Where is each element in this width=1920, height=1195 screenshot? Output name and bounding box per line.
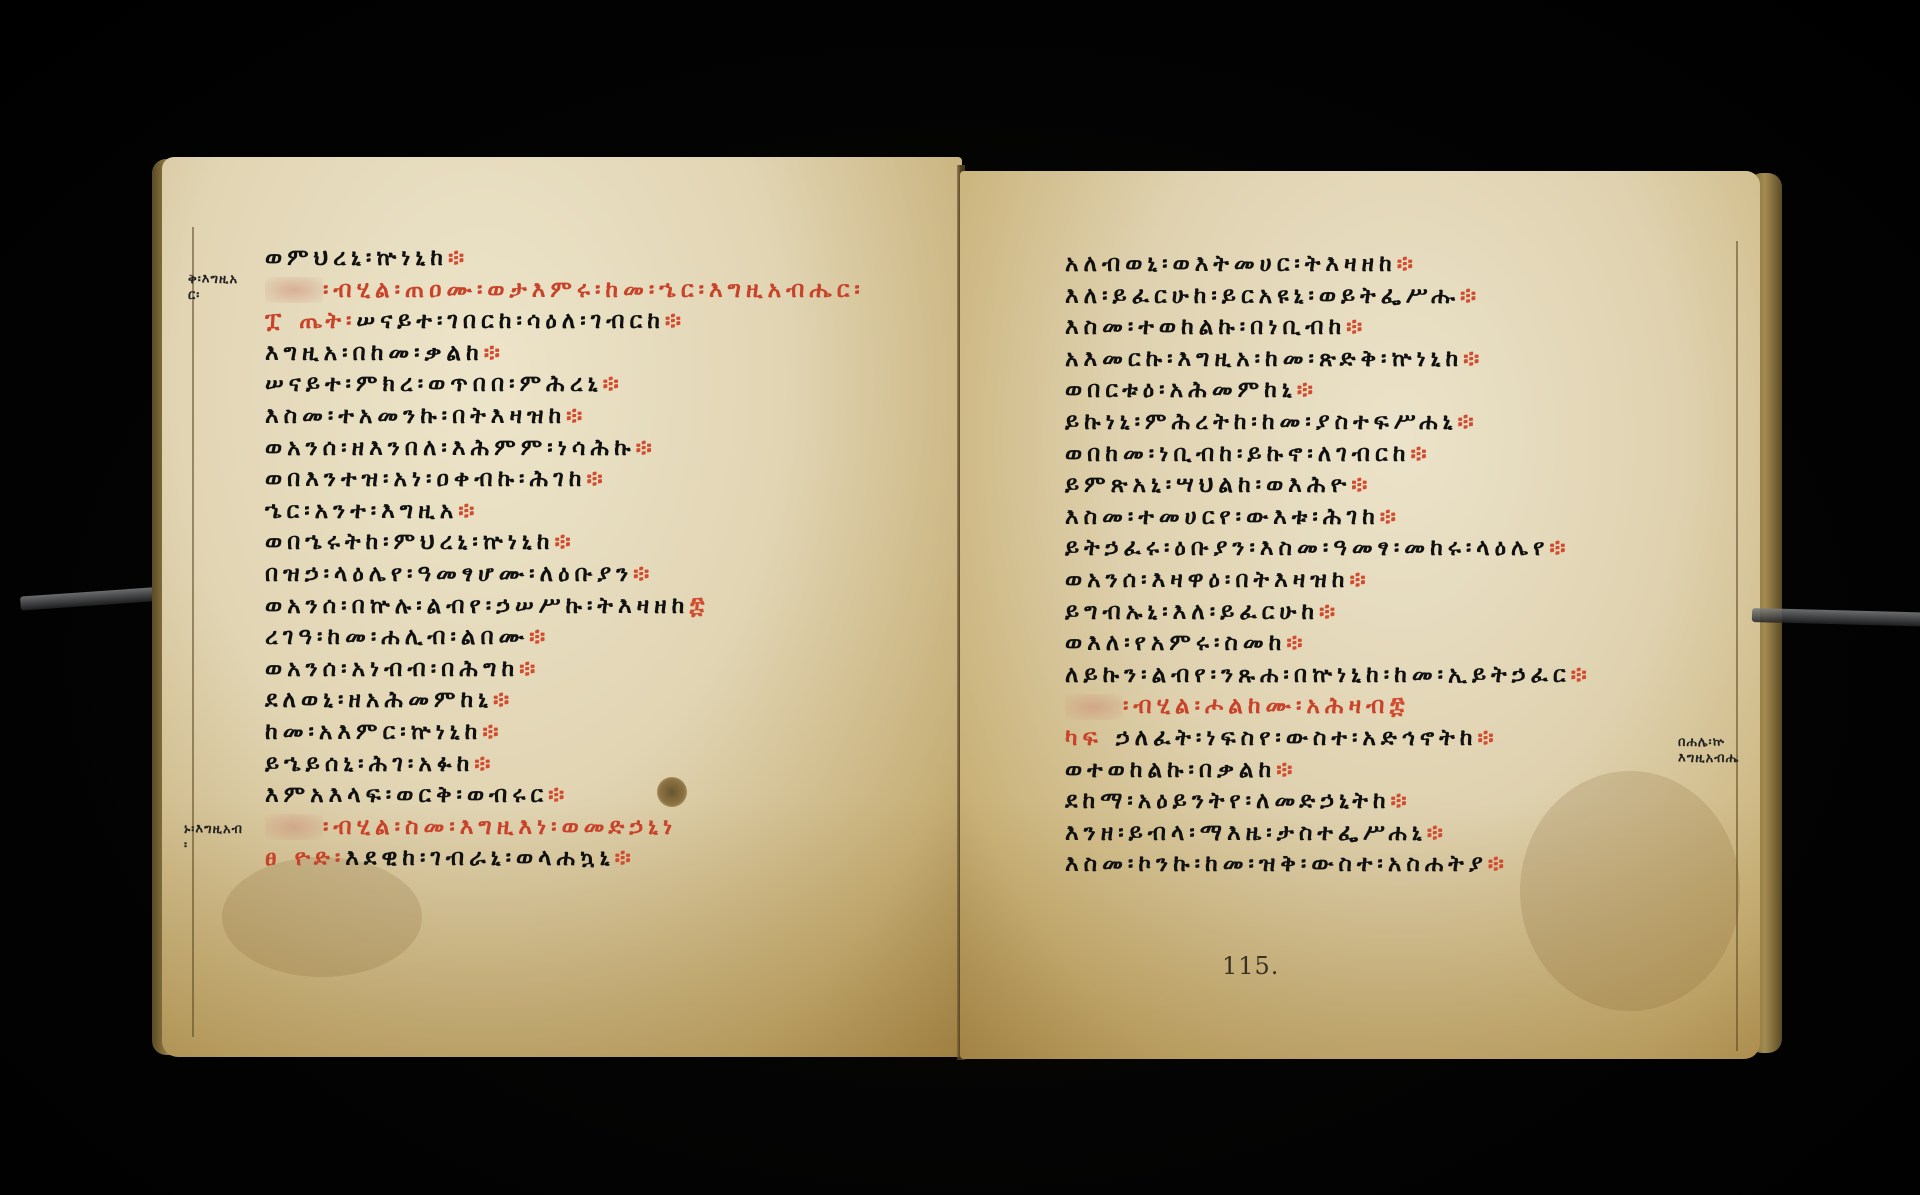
text-line: ኄር፡አንተ፡እግዚአ፨: [265, 496, 865, 528]
text-line: ወአንሰ፡እዛዋዕ፡በትእዛዝከ፨: [1065, 565, 1592, 597]
text-line: ይግብኡኒ፡እለ፡ይፈርሁከ፨: [1065, 597, 1592, 629]
faded-initial: [1065, 694, 1123, 720]
text-line: ወአንሰ፡ዘእንበለ፡እሕምም፡ነሳሕኩ፨: [265, 433, 865, 465]
text-line: ይኩነኒ፡ምሕረትከ፡ከመ፡ያስተፍሥሐኒ፨: [1065, 407, 1592, 439]
text-line: ይምጽአኒ፡ሣህልከ፡ወእሕዮ፨: [1065, 470, 1592, 502]
text-line: ደከማ፡አዕይንትየ፡ለመድኃኒትከ፨: [1065, 786, 1592, 818]
text-line: ወተወከልኩ፡በቃልከ፨: [1065, 755, 1592, 787]
open-manuscript: ቅ፡እግዚአር፡ ኑ፡እግዚአብ፡ ወምህረኒ፡ኵነኒከ፨ ፡ብሂል፡ጠዐሙ፡ወ…: [152, 155, 1782, 1063]
left-page: ቅ፡እግዚአር፡ ኑ፡እግዚአብ፡ ወምህረኒ፡ኵነኒከ፨ ፡ብሂል፡ጠዐሙ፡ወ…: [162, 157, 962, 1057]
text-line: ወአንሰ፡አነብብ፡በሕግከ፨: [265, 654, 865, 686]
text-line: በዝኃ፡ላዕሌየ፡ዓመፃሆሙ፡ለዕቡያን፨: [265, 559, 865, 591]
faded-initial: [265, 277, 323, 303]
text-line: ከመ፡አእምር፡ኵነኒከ፨: [265, 717, 865, 749]
right-page-text: አለብወኒ፡ወእትመሀር፡ትእዛዘከ፨ እለ፡ይፈርሁከ፡ይርአዩኒ፡ወይትፌሥ…: [1065, 249, 1592, 881]
text-line: እለ፡ይፈርሁከ፡ይርአዩኒ፡ወይትፌሥሑ፨: [1065, 281, 1592, 313]
text-line: ይትኃፈሩ፡ዕቡያን፡እስመ፡ዓመፃ፡መከሩ፡ላዕሌየ፨: [1065, 533, 1592, 565]
text-line: ወበእንተዝ፡አነ፡ዐቀብኩ፡ሕገከ፨: [265, 464, 865, 496]
text-line: እስመ፡ተመሀርየ፡ውእቱ፡ሕገከ፨: [1065, 502, 1592, 534]
text-line: ረገዓ፡ከመ፡ሐሊብ፡ልበሙ፨: [265, 622, 865, 654]
text-line: አለብወኒ፡ወእትመሀር፡ትእዛዘከ፨: [1065, 249, 1592, 281]
text-line: እስመ፡ተአመንኩ፡በትእዛዝከ፨: [265, 401, 865, 433]
text-line: ካፍ ኃለፈት፡ነፍስየ፡ውስተ፡አድኅኖትከ፨: [1065, 723, 1592, 755]
margin-note: በሐሌ፡ኵእግዚአብሔ: [1678, 735, 1739, 767]
text-line: ወበከመ፡ነቢብከ፡ይኩኖ፡ለገብርከ፨: [1065, 439, 1592, 471]
text-line: እግዚአ፡በከመ፡ቃልከ፨: [265, 338, 865, 370]
margin-rule: [192, 227, 194, 1037]
text-line: ይኄይሰኒ፡ሕገ፡አፉከ፨: [265, 749, 865, 781]
faded-initial: [265, 814, 323, 840]
rubric-line: ፡ብሂል፡ሖልከሙ፡አሕዛብ፰: [1065, 691, 1592, 723]
text-line: ወአንሰ፡በኵሉ፡ልብየ፡ኃሠሥኩ፡ትእዛዘከ፰: [265, 591, 865, 623]
text-line: ወበርቱዕ፡አሕመምከኒ፨: [1065, 375, 1592, 407]
rubric-line: ፡ብሂል፡ጠዐሙ፡ወታእምሩ፡ከመ፡ኄር፡እግዚአብሔር፡: [265, 275, 865, 307]
margin-note: ቅ፡እግዚአር፡: [188, 272, 238, 304]
text-line: ደለወኒ፡ዘአሕመምከኒ፨: [265, 685, 865, 717]
text-line: ወእለ፡የአምሩ፡ስመከ፨: [1065, 628, 1592, 660]
right-page: በሐሌ፡ኵእግዚአብሔ አለብወኒ፡ወእትመሀር፡ትእዛዘከ፨ እለ፡ይፈርሁከ…: [960, 171, 1760, 1059]
left-page-text: ወምህረኒ፡ኵነኒከ፨ ፡ብሂል፡ጠዐሙ፡ወታእምሩ፡ከመ፡ኄር፡እግዚአብሔር…: [265, 243, 865, 875]
rubric-line: ፡ብሂል፡ስመ፡እግዚእነ፡ወመድኃኒነ: [265, 812, 865, 844]
text-line: ለይኩን፡ልብየ፡ንጹሐ፡በኵነኒከ፡ከመ፡ኢይትኃፈር፨: [1065, 660, 1592, 692]
text-line: አእመርኩ፡እግዚአ፡ከመ፡ጽድቅ፡ኵነኒከ፨: [1065, 344, 1592, 376]
margin-note: ኑ፡እግዚአብ፡: [184, 822, 243, 854]
text-line: ወበኄሩትከ፡ምህረኒ፡ኵነኒከ፨: [265, 527, 865, 559]
text-line: ፀ ዮድ፡እደዊከ፡ገብራኒ፡ወላሐኳኒ፨: [265, 843, 865, 875]
text-line: እስመ፡ተወከልኩ፡በነቢብከ፨: [1065, 312, 1592, 344]
text-line: እምአእላፍ፡ወርቅ፡ወብሩር፨: [265, 780, 865, 812]
text-line: ፗ ጤት፡ሠናይተ፡ገበርከ፡ሳዕለ፡ገብርከ፨: [265, 306, 865, 338]
text-line: ወምህረኒ፡ኵነኒከ፨: [265, 243, 865, 275]
text-line: እንዘ፡ይብላ፡ማእዜ፡ታስተፌሥሐኒ፨: [1065, 818, 1592, 850]
page-number: 115.: [1222, 952, 1279, 980]
parchment-stain: [222, 857, 422, 977]
margin-rule: [1736, 241, 1738, 1051]
text-line: ሠናይተ፡ምክረ፡ወጥበበ፡ምሕረኒ፨: [265, 369, 865, 401]
text-line: እስመ፡ኮንኩ፡ከመ፡ዝቅ፡ውስተ፡አስሐትያ፨: [1065, 849, 1592, 881]
